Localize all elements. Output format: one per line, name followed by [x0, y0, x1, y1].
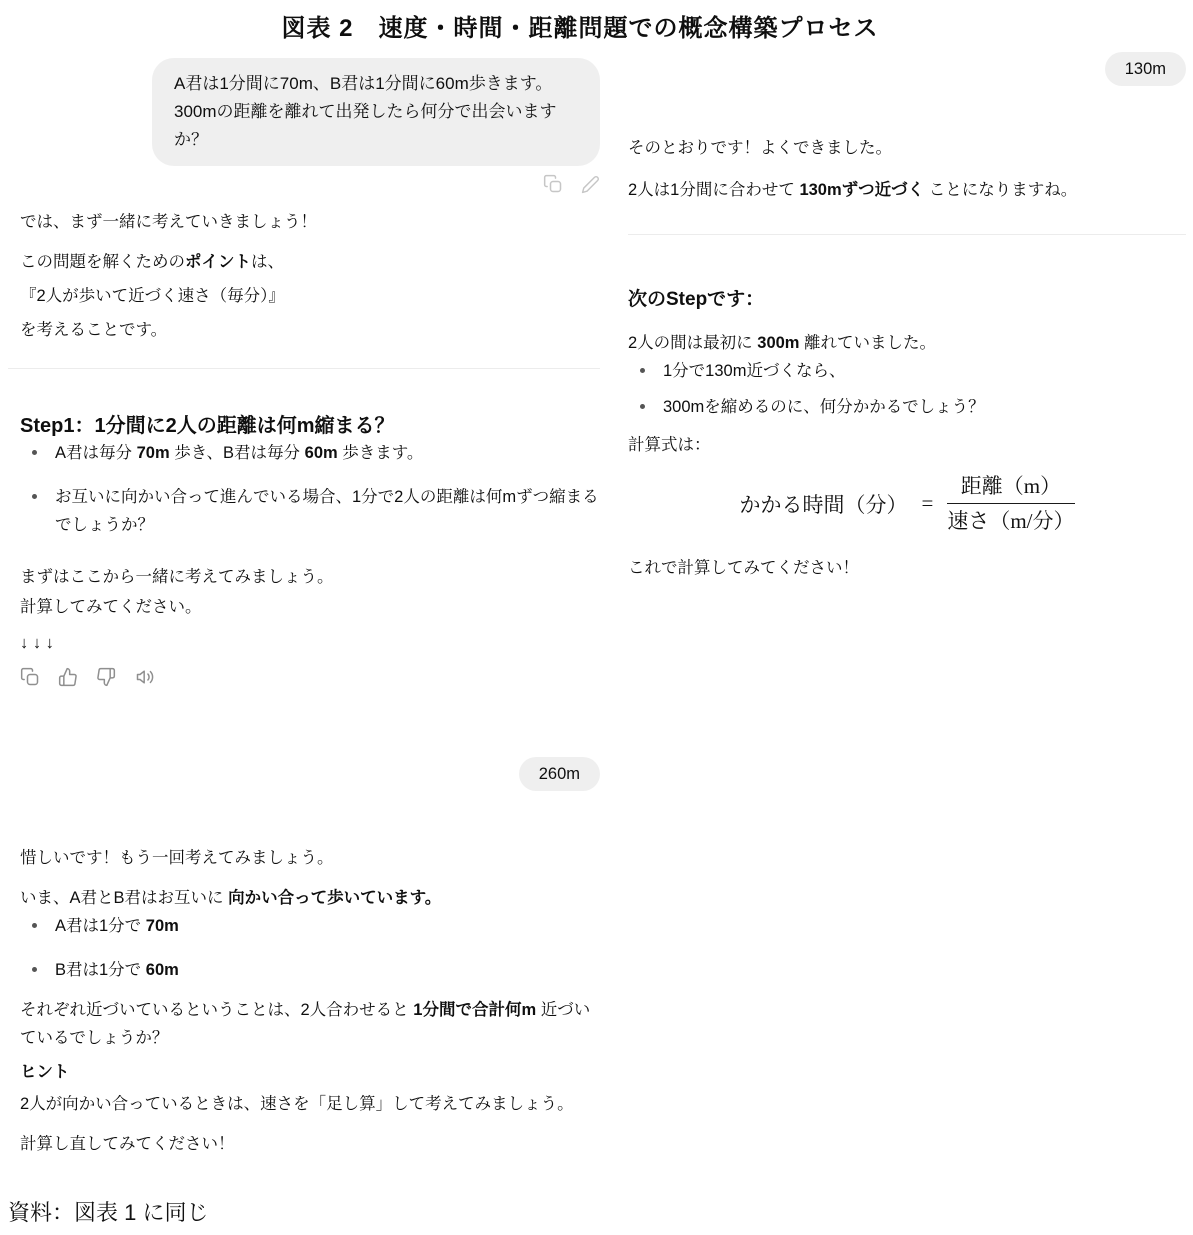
step1-bullet-list: A君は毎分 70m 歩き、B君は毎分 60m 歩きます。 お互いに向かい合って進… [32, 439, 600, 539]
bold-text: 60m [146, 961, 179, 979]
list-item: 1分で130m近づくなら、 [640, 357, 1186, 385]
chat-column-right: 130m そのとおりです！よくできました。 2人は1分間に合わせて 130mずつ… [628, 45, 1186, 582]
assistant-paragraph: まずはここから一緒に考えてみましょう。 [20, 563, 600, 591]
copy-icon[interactable] [20, 667, 40, 687]
figure-page: 図表 2 速度・時間・距離問題での概念構築プロセス A君は1分間に70m、B君は… [0, 0, 1193, 1235]
text-run: B君は1分で [55, 961, 146, 979]
thumbs-down-icon[interactable] [96, 667, 116, 687]
assistant-paragraph: 惜しいです！もう一回考えてみましょう。 [20, 844, 600, 872]
down-arrows: ↓ ↓ ↓ [20, 629, 600, 657]
bold-text: ポイント [185, 253, 251, 271]
figure-title: 図表 2 速度・時間・距離問題での概念構築プロセス [0, 8, 1160, 43]
assistant-message-actions [20, 667, 600, 687]
assistant-paragraph: 2人の間は最初に 300m 離れていました。 [628, 329, 1186, 357]
text-run: A君は毎分 [55, 444, 137, 462]
assistant-paragraph: これで計算してみてください！ [628, 554, 1186, 582]
bullet-icon [32, 494, 37, 499]
list-item: 300mを縮めるのに、何分かかるでしょう？ [640, 393, 1186, 421]
formula-fraction: 距離（m） 速さ（m/分） [947, 471, 1074, 536]
copy-icon[interactable] [543, 174, 563, 194]
bold-text: ヒント [20, 1063, 70, 1081]
assistant-paragraph: この問題を解くためのポイントは、 [20, 248, 600, 276]
assistant-paragraph: を考えることです。 [20, 316, 600, 344]
assistant-paragraph: いま、A君とB君はお互いに 向かい合って歩いています。 [20, 884, 600, 912]
bold-text: 70m [137, 444, 170, 462]
thumbs-up-icon[interactable] [58, 667, 78, 687]
list-item: A君は1分で 70m [32, 912, 600, 940]
text-run: いま、A君とB君はお互いに [20, 889, 228, 907]
user-question-bubble: A君は1分間に70m、B君は1分間に60m歩きます。300mの距離を離れて出発し… [152, 58, 600, 166]
list-item: お互いに向かい合って進んでいる場合、1分で2人の距離は何mずつ縮まるでしょうか？ [32, 483, 600, 539]
divider [628, 234, 1186, 235]
bold-text: 向かい合って歩いています。 [228, 889, 441, 907]
assistant-paragraph: 計算式は： [628, 431, 1186, 459]
assistant-paragraph: 計算し直してみてください！ [20, 1130, 600, 1158]
text-run: 歩きます。 [338, 444, 424, 462]
step1-heading: Step1：1分間に2人の距離は何m縮まる？ [20, 413, 600, 439]
list-item: B君は1分で 60m [32, 956, 600, 984]
text-run: 離れていました。 [799, 334, 936, 352]
assistant-paragraph: 計算してみてください。 [20, 593, 600, 621]
speaker-icon[interactable] [134, 667, 156, 687]
assistant-paragraph: そのとおりです！よくできました。 [628, 134, 1186, 162]
assistant-paragraph: 2人は1分間に合わせて 130mずつ近づく ことになりますね。 [628, 176, 1186, 204]
formula-lhs: かかる時間（分） [739, 489, 907, 519]
bullet-icon [640, 404, 645, 409]
bullet-icon [32, 967, 37, 972]
retry-bullet-list: A君は1分で 70m B君は1分で 60m [32, 912, 600, 984]
bold-text: 130mずつ近づく [799, 181, 924, 199]
list-item-text: B君は1分で 60m [55, 956, 179, 984]
text-run: 2人は1分間に合わせて [628, 181, 799, 199]
formula-denominator: 速さ（m/分） [947, 504, 1074, 536]
text-run: A君は1分で [55, 917, 146, 935]
text-run: 歩き、B君は毎分 [170, 444, 305, 462]
list-item-text: A君は毎分 70m 歩き、B君は毎分 60m 歩きます。 [55, 439, 423, 467]
user-answer-row: 260m [8, 757, 600, 791]
list-item: A君は毎分 70m 歩き、B君は毎分 60m 歩きます。 [32, 439, 600, 467]
source-caption: 資料：図表 1 に同じ [8, 1196, 208, 1227]
user-message-row: A君は1分間に70m、B君は1分間に60m歩きます。300mの距離を離れて出発し… [8, 58, 600, 166]
list-item-text: A君は1分で 70m [55, 912, 179, 940]
edit-icon[interactable] [581, 175, 600, 194]
assistant-paragraph: では、まず一緒に考えていきましょう！ [20, 208, 600, 236]
bold-text: 70m [146, 917, 179, 935]
text-run: 2人の間は最初に [628, 334, 757, 352]
chat-column-left: A君は1分間に70m、B君は1分間に60m歩きます。300mの距離を離れて出発し… [8, 55, 600, 1158]
bold-text: 60m [305, 444, 338, 462]
text-run: この問題を解くための [20, 253, 185, 271]
divider [8, 368, 600, 369]
bullet-icon [640, 368, 645, 373]
user-message-actions [8, 174, 600, 194]
bold-text: 300m [757, 334, 799, 352]
formula-equals: = [921, 491, 933, 516]
user-answer-row: 130m [628, 52, 1186, 86]
list-item-text: 300mを縮めるのに、何分かかるでしょう？ [663, 393, 985, 421]
time-formula: かかる時間（分） = 距離（m） 速さ（m/分） [628, 471, 1186, 536]
next-step-heading: 次のStepです： [628, 287, 1186, 313]
text-run: それぞれ近づいているということは、2人合わせると [20, 1001, 413, 1019]
bullet-icon [32, 923, 37, 928]
assistant-paragraph: 『2人が歩いて近づく速さ（毎分）』 [20, 282, 600, 310]
text-run: ことになりますね。 [924, 181, 1077, 199]
assistant-paragraph: それぞれ近づいているということは、2人合わせると 1分間で合計何m 近づいている… [20, 996, 600, 1052]
user-answer-bubble: 130m [1105, 52, 1186, 86]
formula-numerator: 距離（m） [947, 471, 1074, 504]
next-step-bullet-list: 1分で130m近づくなら、 300mを縮めるのに、何分かかるでしょう？ [640, 357, 1186, 421]
bullet-icon [32, 450, 37, 455]
bold-text: 1分間で合計何m [413, 1001, 536, 1019]
text-run: は、 [251, 253, 284, 271]
user-answer-bubble: 260m [519, 757, 600, 791]
hint-text: 2人が向かい合っているときは、速さを「足し算」して考えてみましょう。 [20, 1090, 600, 1118]
list-item-text: お互いに向かい合って進んでいる場合、1分で2人の距離は何mずつ縮まるでしょうか？ [55, 483, 600, 539]
hint-label: ヒント [20, 1058, 600, 1086]
list-item-text: 1分で130m近づくなら、 [663, 357, 845, 385]
